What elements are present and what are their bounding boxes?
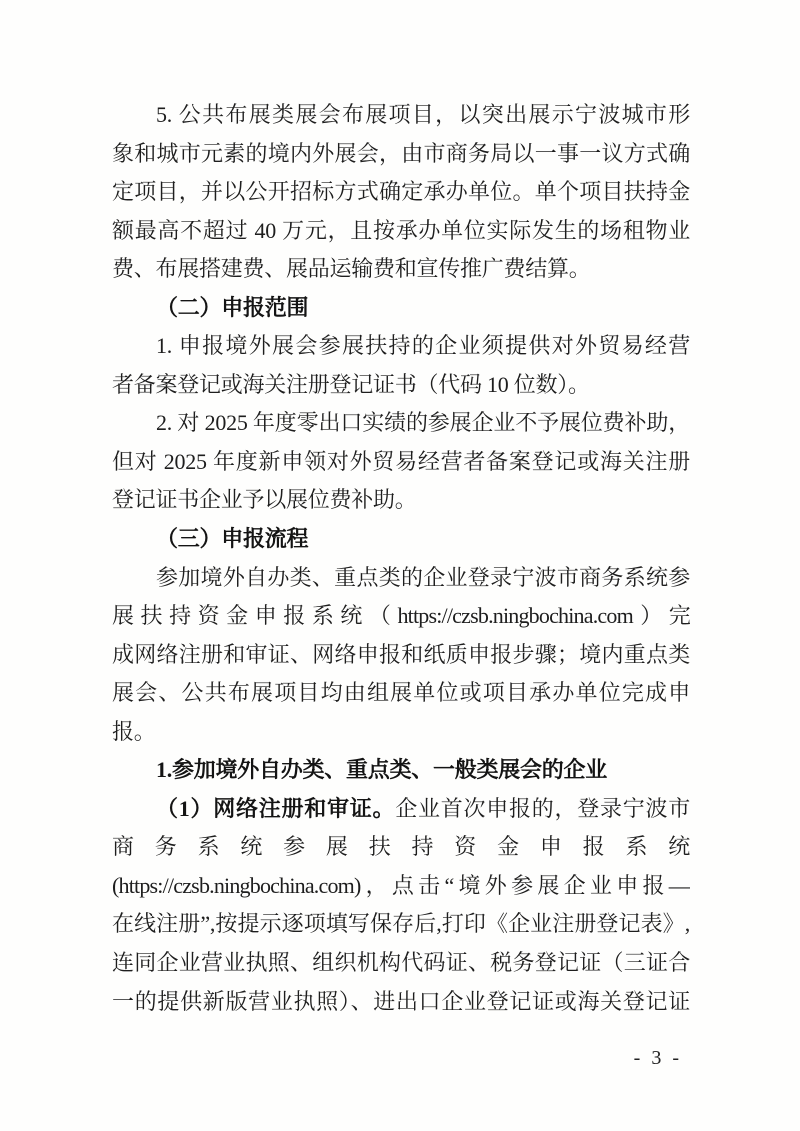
run-body-text: 企业首次申报的，登录宁波市 — [395, 796, 690, 821]
paragraph-line: 连同企业营业执照、组织机构代码证、税务登记证（三证合 — [112, 944, 690, 983]
paragraph-line: 5. 公共布展类展会布展项目，以突出展示宁波城市形 — [112, 96, 690, 135]
subsection-heading-overseas-exhibition: 1.参加境外自办类、重点类、一般类展会的企业 — [112, 751, 690, 790]
paragraph-line-with-url: 展扶持资金申报系统（https://czsb.ningbochina.com）完 — [112, 597, 690, 636]
paragraph-line-spread: 商 务 系 统 参 展 扶 持 资 金 申 报 系 统 — [112, 828, 690, 867]
paragraph-line: 报。 — [112, 713, 690, 752]
paragraph-line: 费、布展搭建费、展品运输费和宣传推广费结算。 — [112, 250, 690, 289]
document-page: 5. 公共布展类展会布展项目，以突出展示宁波城市形 象和城市元素的境内外展会，由… — [0, 0, 800, 1131]
section-heading-application-process: （三）申报流程 — [112, 520, 690, 559]
paragraph-line: 者备案登记或海关注册登记证书（代码 10 位数）。 — [112, 366, 690, 405]
paragraph-line: 参加境外自办类、重点类的企业登录宁波市商务系统参 — [112, 559, 690, 598]
section-heading-application-scope: （二）申报范围 — [112, 289, 690, 328]
paragraph-line-with-url: (https://czsb.ningbochina.com)，点击“境外参展企业… — [112, 867, 690, 906]
paragraph-line: 在线注册”,按提示逐项填写保存后,打印《企业注册登记表》, — [112, 905, 690, 944]
run-bold-label: （1）网络注册和审证。 — [156, 796, 395, 821]
paragraph-line: 展会、公共布展项目均由组展单位或项目承办单位完成申 — [112, 674, 690, 713]
paragraph-line: 额最高不超过 40 万元，且按承办单位实际发生的场租物业 — [112, 212, 690, 251]
paragraph-line: 成网络注册和审证、网络申报和纸质申报步骤；境内重点类 — [112, 636, 690, 675]
paragraph-line: 一的提供新版营业执照）、进出口企业登记证或海关登记证 — [112, 983, 690, 1022]
paragraph-line: 1. 申报境外展会参展扶持的企业须提供对外贸易经营 — [112, 327, 690, 366]
paragraph-line: 2. 对 2025 年度零出口实绩的参展企业不予展位费补助， — [112, 404, 690, 443]
paragraph-line: 但对 2025 年度新申领对外贸易经营者备案登记或海关注册 — [112, 443, 690, 482]
document-body: 5. 公共布展类展会布展项目，以突出展示宁波城市形 象和城市元素的境内外展会，由… — [112, 96, 690, 1021]
paragraph-line: 象和城市元素的境内外展会，由市商务局以一事一议方式确 — [112, 135, 690, 174]
paragraph-line: （1）网络注册和审证。企业首次申报的，登录宁波市 — [112, 790, 690, 829]
page-number: - 3 - — [634, 1047, 682, 1070]
paragraph-line: 登记证书企业予以展位费补助。 — [112, 481, 690, 520]
paragraph-line: 定项目，并以公开招标方式确定承办单位。单个项目扶持金 — [112, 173, 690, 212]
